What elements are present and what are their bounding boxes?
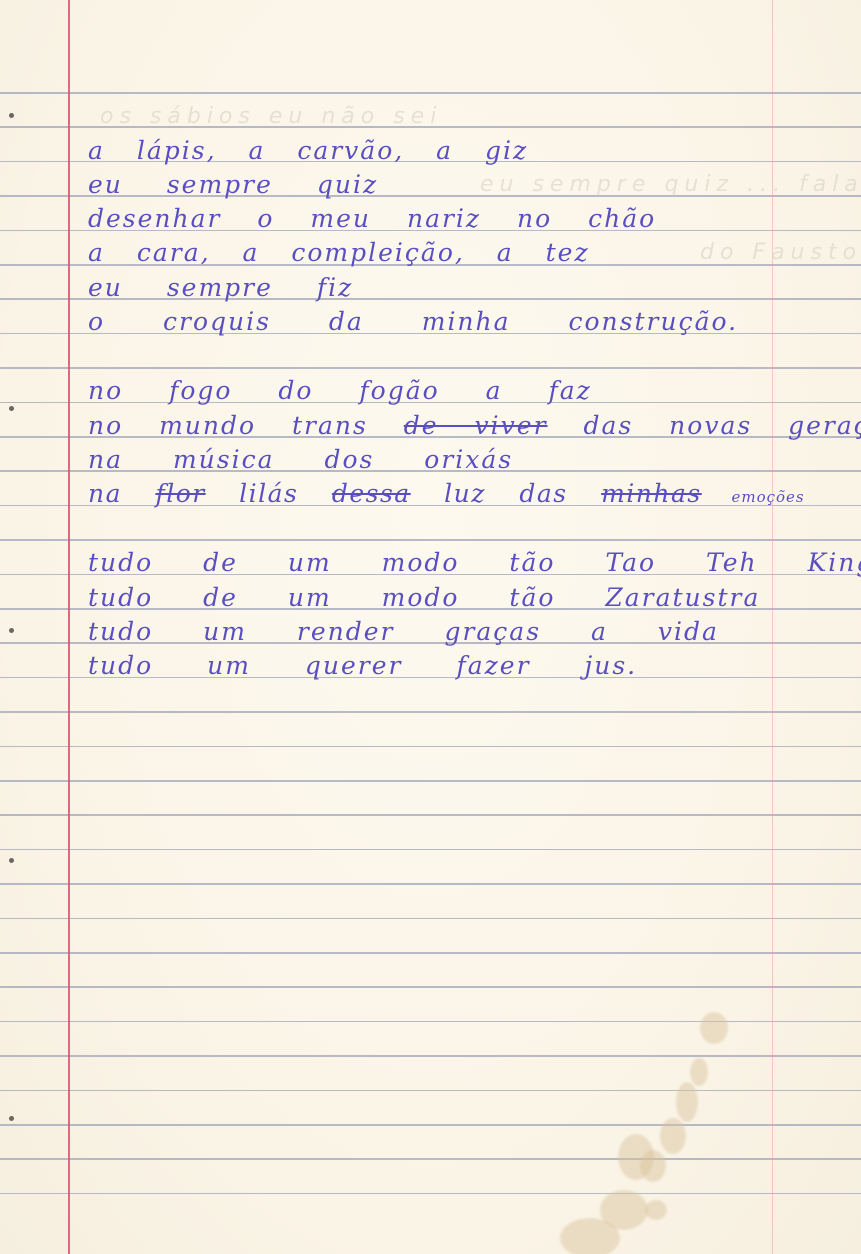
poem-line: na música dos orixás [88, 447, 513, 472]
ruled-line [0, 367, 861, 369]
poem-line: no mundo trans de viver das novas geraçõ… [88, 413, 861, 438]
ruled-line [0, 1193, 861, 1195]
ruled-line [0, 92, 861, 94]
ruled-line [0, 918, 861, 920]
ruled-line [0, 780, 861, 782]
poem-line: o croquis da minha construção. [88, 309, 738, 334]
notebook-page: os sábios eu não sei eu sempre quiz ... … [0, 0, 861, 1254]
poem-line: no fogo do fogão a faz [88, 378, 592, 403]
ruled-line [0, 1124, 861, 1126]
ruled-line [0, 883, 861, 885]
left-margin-line [68, 0, 70, 1254]
ruled-line [0, 539, 861, 541]
binder-hole [9, 1116, 14, 1121]
binder-hole [9, 858, 14, 863]
ruled-line [0, 814, 861, 816]
bleed-through-text: os sábios eu não sei [100, 104, 442, 129]
ruled-line [0, 711, 861, 713]
ruled-line [0, 1021, 861, 1023]
struck-text: minhas [601, 479, 702, 508]
poem-line: a lápis, a carvão, a giz [88, 138, 528, 163]
poem-line: a cara, a compleição, a tez [88, 240, 590, 265]
poem-line: na flor lilás dessa luz das minhas emoçõ… [88, 481, 805, 506]
ruled-line [0, 1090, 861, 1092]
bleed-through-text: eu sempre quiz ... falar, fala [480, 172, 861, 197]
ruled-line [0, 986, 861, 988]
poem-line: tudo de um modo tão Tao Teh King [88, 550, 861, 575]
poem-line: tudo um querer fazer jus. [88, 653, 637, 678]
struck-text: flor [155, 479, 205, 508]
poem-line: desenhar o meu nariz no chão [88, 206, 656, 231]
ruled-line [0, 849, 861, 851]
poem-line: eu sempre quiz [88, 172, 378, 197]
poem-line: tudo de um modo tão Zaratustra [88, 585, 760, 610]
struck-text: de viver [404, 411, 548, 440]
bleed-through-text: do Fausto [700, 240, 861, 265]
poem-line: eu sempre fiz [88, 275, 353, 300]
poem-line: tudo um render graças a vida [88, 619, 719, 644]
ruled-line [0, 1055, 861, 1057]
struck-text: dessa [332, 479, 411, 508]
ruled-line [0, 746, 861, 748]
ruled-line [0, 1158, 861, 1160]
ruled-line [0, 952, 861, 954]
binder-hole [9, 406, 14, 411]
binder-hole [9, 113, 14, 118]
binder-hole [9, 628, 14, 633]
